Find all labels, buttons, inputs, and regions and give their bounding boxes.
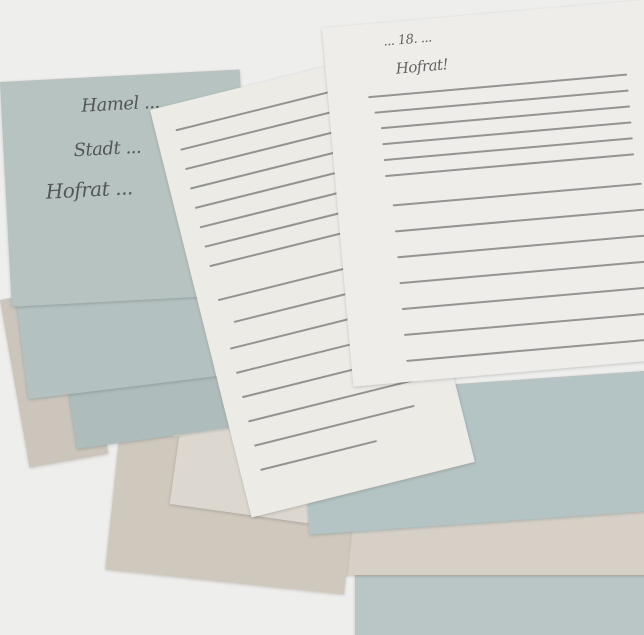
letter-salutation: Hofrat! [395,55,449,77]
letter-date: ... 18. ... [383,31,432,50]
envelope-bottom-blue [355,565,644,635]
address-line: Hofrat ... [45,175,133,204]
address-line: Hamel ... [81,92,160,117]
photo-scene: Hamel ... Stadt ... Hofrat ... ... 18. .… [0,0,644,635]
letter-right: ... 18. ... Hofrat! [322,0,644,387]
address-line: Stadt ... [73,137,141,162]
